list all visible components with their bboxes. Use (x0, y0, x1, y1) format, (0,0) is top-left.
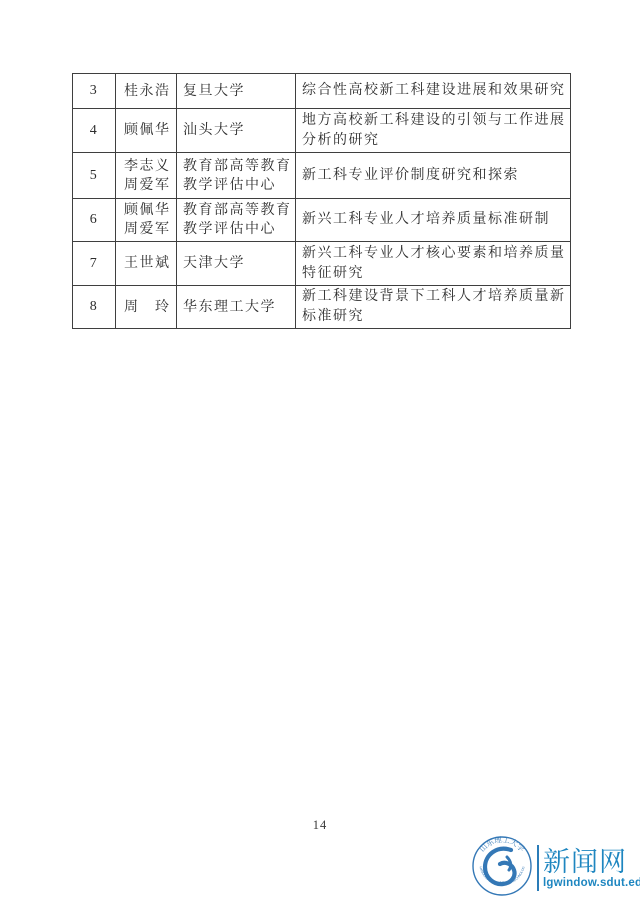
institution-cell: 教育部高等教育 教学评估中心 (177, 153, 296, 199)
document-page: 3 桂永浩 复旦大学 综合性高校新工科建设进展和效果研究 4 顾佩华 汕头大学 … (0, 0, 640, 905)
institution-cell: 华东理工大学 (177, 286, 296, 329)
site-watermark: 山东理工大学 SHANDONG UNIVERSITY OF TECHNOLOGY… (466, 830, 640, 905)
title-cell: 综合性高校新工科建设进展和效果研究 (296, 74, 571, 109)
seal-top-text: 山东理工大学 (477, 835, 528, 854)
name-cell: 顾佩华 (116, 109, 177, 153)
seal-year: 1956 (497, 881, 508, 886)
name-cell: 王世斌 (116, 242, 177, 286)
institution-cell: 教育部高等教育 教学评估中心 (177, 199, 296, 242)
row-index-cell: 8 (73, 286, 116, 329)
name-cell: 顾佩华 周爱军 (116, 199, 177, 242)
institution-cell: 汕头大学 (177, 109, 296, 153)
table-row: 6 顾佩华 周爱军 教育部高等教育 教学评估中心 新兴工科专业人才培养质量标准研… (73, 199, 571, 242)
watermark-divider (537, 845, 539, 891)
row-index-cell: 4 (73, 109, 116, 153)
site-name: 新闻网 (543, 840, 627, 879)
title-cell: 地方高校新工科建设的引领与工作进展分析的研究 (296, 109, 571, 153)
name-cell: 桂永浩 (116, 74, 177, 109)
title-cell: 新兴工科专业人才核心要素和培养质量特征研究 (296, 242, 571, 286)
title-cell: 新工科专业评价制度研究和探索 (296, 153, 571, 199)
row-index-cell: 6 (73, 199, 116, 242)
name-cell: 周 玲 (116, 286, 177, 329)
project-table: 3 桂永浩 复旦大学 综合性高校新工科建设进展和效果研究 4 顾佩华 汕头大学 … (72, 73, 571, 329)
title-cell: 新工科建设背景下工科人才培养质量新标准研究 (296, 286, 571, 329)
row-index-cell: 3 (73, 74, 116, 109)
title-cell: 新兴工科专业人才培养质量标准研制 (296, 199, 571, 242)
seal-swirl-emblem (485, 849, 515, 884)
svg-text:山东理工大学: 山东理工大学 (477, 835, 528, 854)
table-row: 5 李志义 周爱军 教育部高等教育 教学评估中心 新工科专业评价制度研究和探索 (73, 153, 571, 199)
table-row: 4 顾佩华 汕头大学 地方高校新工科建设的引领与工作进展分析的研究 (73, 109, 571, 153)
row-index-cell: 5 (73, 153, 116, 199)
site-url: lgwindow.sdut.edu.cn (543, 877, 640, 889)
row-index-cell: 7 (73, 242, 116, 286)
institution-cell: 天津大学 (177, 242, 296, 286)
university-seal-icon: 山东理工大学 SHANDONG UNIVERSITY OF TECHNOLOGY… (471, 835, 533, 897)
institution-cell: 复旦大学 (177, 74, 296, 109)
name-cell: 李志义 周爱军 (116, 153, 177, 199)
table-row: 8 周 玲 华东理工大学 新工科建设背景下工科人才培养质量新标准研究 (73, 286, 571, 329)
table-row: 3 桂永浩 复旦大学 综合性高校新工科建设进展和效果研究 (73, 74, 571, 109)
table-row: 7 王世斌 天津大学 新兴工科专业人才核心要素和培养质量特征研究 (73, 242, 571, 286)
